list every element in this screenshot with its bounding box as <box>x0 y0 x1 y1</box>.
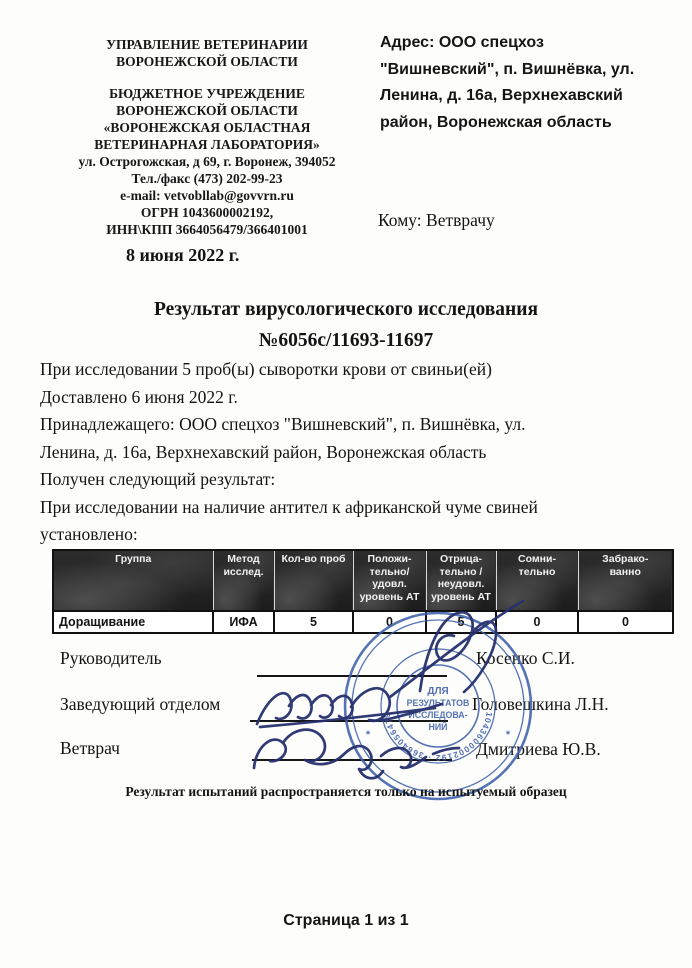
cell-doubtful: 0 <box>496 611 578 633</box>
vet-signature-stroke <box>254 730 383 779</box>
stamp-center-line: РЕЗУЛЬТАТОВ <box>407 698 470 708</box>
title-line-1: Результат вирусологического исследования <box>0 294 692 325</box>
body-paragraph: При исследовании на наличие антител к аф… <box>40 494 665 549</box>
org-email-line: e-mail: vetvobllab@govvrn.ru <box>42 187 372 204</box>
col-header-negative: Отрица- тельно / неудовл. уровень АТ <box>426 550 496 611</box>
stamp-center-line: ДЛЯ <box>427 686 448 697</box>
dept-head-signature-stroke <box>260 708 435 727</box>
col-header-group: Группа <box>53 550 213 611</box>
org-line: БЮДЖЕТНОЕ УЧРЕЖДЕНИЕ <box>42 85 372 102</box>
org-ogrn-line: ОГРН 1043600002192, <box>42 204 372 221</box>
document-title: Результат вирусологического исследования… <box>0 294 692 356</box>
org-line: ВОРОНЕЖСКОЙ ОБЛАСТИ <box>42 102 372 119</box>
stamp-center-line: НИЙ <box>429 721 448 732</box>
cell-rejected: 0 <box>578 611 673 633</box>
footnote: Результат испытаний распространяется тол… <box>0 784 692 800</box>
document-date: 8 июня 2022 г. <box>126 245 239 266</box>
page-number-label: Страница 1 из 1 <box>0 912 692 930</box>
letterhead-org-block: УПРАВЛЕНИЕ ВЕТЕРИНАРИИ ВОРОНЕЖСКОЙ ОБЛАС… <box>42 36 372 238</box>
cell-sample-count: 5 <box>274 611 353 633</box>
signature-name-vet: Дмитриева Ю.В. <box>476 739 601 760</box>
org-address-line: ул. Острогожская, д 69, г. Воронеж, 3940… <box>42 153 372 170</box>
vet-signature-stroke <box>433 748 459 754</box>
stamp-center-line: ИССЛЕДОВА- <box>408 710 467 720</box>
body-paragraph: Доставлено 6 июня 2022 г. <box>40 384 665 412</box>
signature-name-director: Косенко С.И. <box>476 648 575 669</box>
results-table: Группа Метод исслед. Кол-во проб Положи-… <box>52 549 674 634</box>
signature-line <box>257 675 447 677</box>
col-header-sample-count: Кол-во проб <box>274 550 353 611</box>
signature-role-dept-head: Заведующий отделом <box>60 694 220 715</box>
cell-negative: 5 <box>426 611 496 633</box>
org-line: ВЕТЕРИНАРНАЯ ЛАБОРАТОРИЯ» <box>42 136 372 153</box>
body-paragraph: При исследовании 5 проб(ы) сыворотки кро… <box>40 356 665 384</box>
recipient-line: Кому: Ветврачу <box>378 210 495 231</box>
signature-name-dept-head: Головешкина Л.Н. <box>472 694 609 715</box>
col-header-rejected: Забрако- ванно <box>578 550 673 611</box>
vet-signature-stroke <box>381 748 426 768</box>
title-line-2: №6056с/11693-11697 <box>0 325 692 356</box>
signature-line <box>250 720 448 722</box>
results-table-data-row: Доращивание ИФА 5 0 5 0 0 <box>53 611 673 633</box>
cell-group: Доращивание <box>53 611 213 633</box>
signature-role-vet: Ветврач <box>60 738 120 759</box>
document-page: УПРАВЛЕНИЕ ВЕТЕРИНАРИИ ВОРОНЕЖСКОЙ ОБЛАС… <box>0 0 692 968</box>
col-header-doubtful: Сомни- тельно <box>496 550 578 611</box>
document-body: При исследовании 5 проб(ы) сыворотки кро… <box>40 356 665 549</box>
org-inn-line: ИНН\КПП 3664056479/366401001 <box>42 221 372 238</box>
col-header-method: Метод исслед. <box>213 550 274 611</box>
org-line: «ВОРОНЕЖСКАЯ ОБЛАСТНАЯ <box>42 119 372 136</box>
results-table-header-row: Группа Метод исслед. Кол-во проб Положи-… <box>53 550 673 611</box>
org-line: ВОРОНЕЖСКОЙ ОБЛАСТИ <box>42 53 372 70</box>
stamp-star: * <box>366 729 371 741</box>
dept-head-signature-stroke <box>257 688 442 724</box>
col-header-positive: Положи- тельно/ удовл. уровень АТ <box>353 550 426 611</box>
org-line: УПРАВЛЕНИЕ ВЕТЕРИНАРИИ <box>42 36 372 53</box>
recipient-address: Адрес: ООО спецхоз "Вишневский", п. Вишн… <box>380 30 680 136</box>
signature-role-director: Руководитель <box>60 648 162 669</box>
cell-method: ИФА <box>213 611 274 633</box>
cell-positive: 0 <box>353 611 426 633</box>
signature-line <box>252 759 452 761</box>
body-paragraph: Принадлежащего: ООО спецхоз "Вишневский"… <box>40 411 665 466</box>
body-paragraph: Получен следующий результат: <box>40 466 665 494</box>
org-phone-line: Тел./факс (473) 202-99-23 <box>42 170 372 187</box>
